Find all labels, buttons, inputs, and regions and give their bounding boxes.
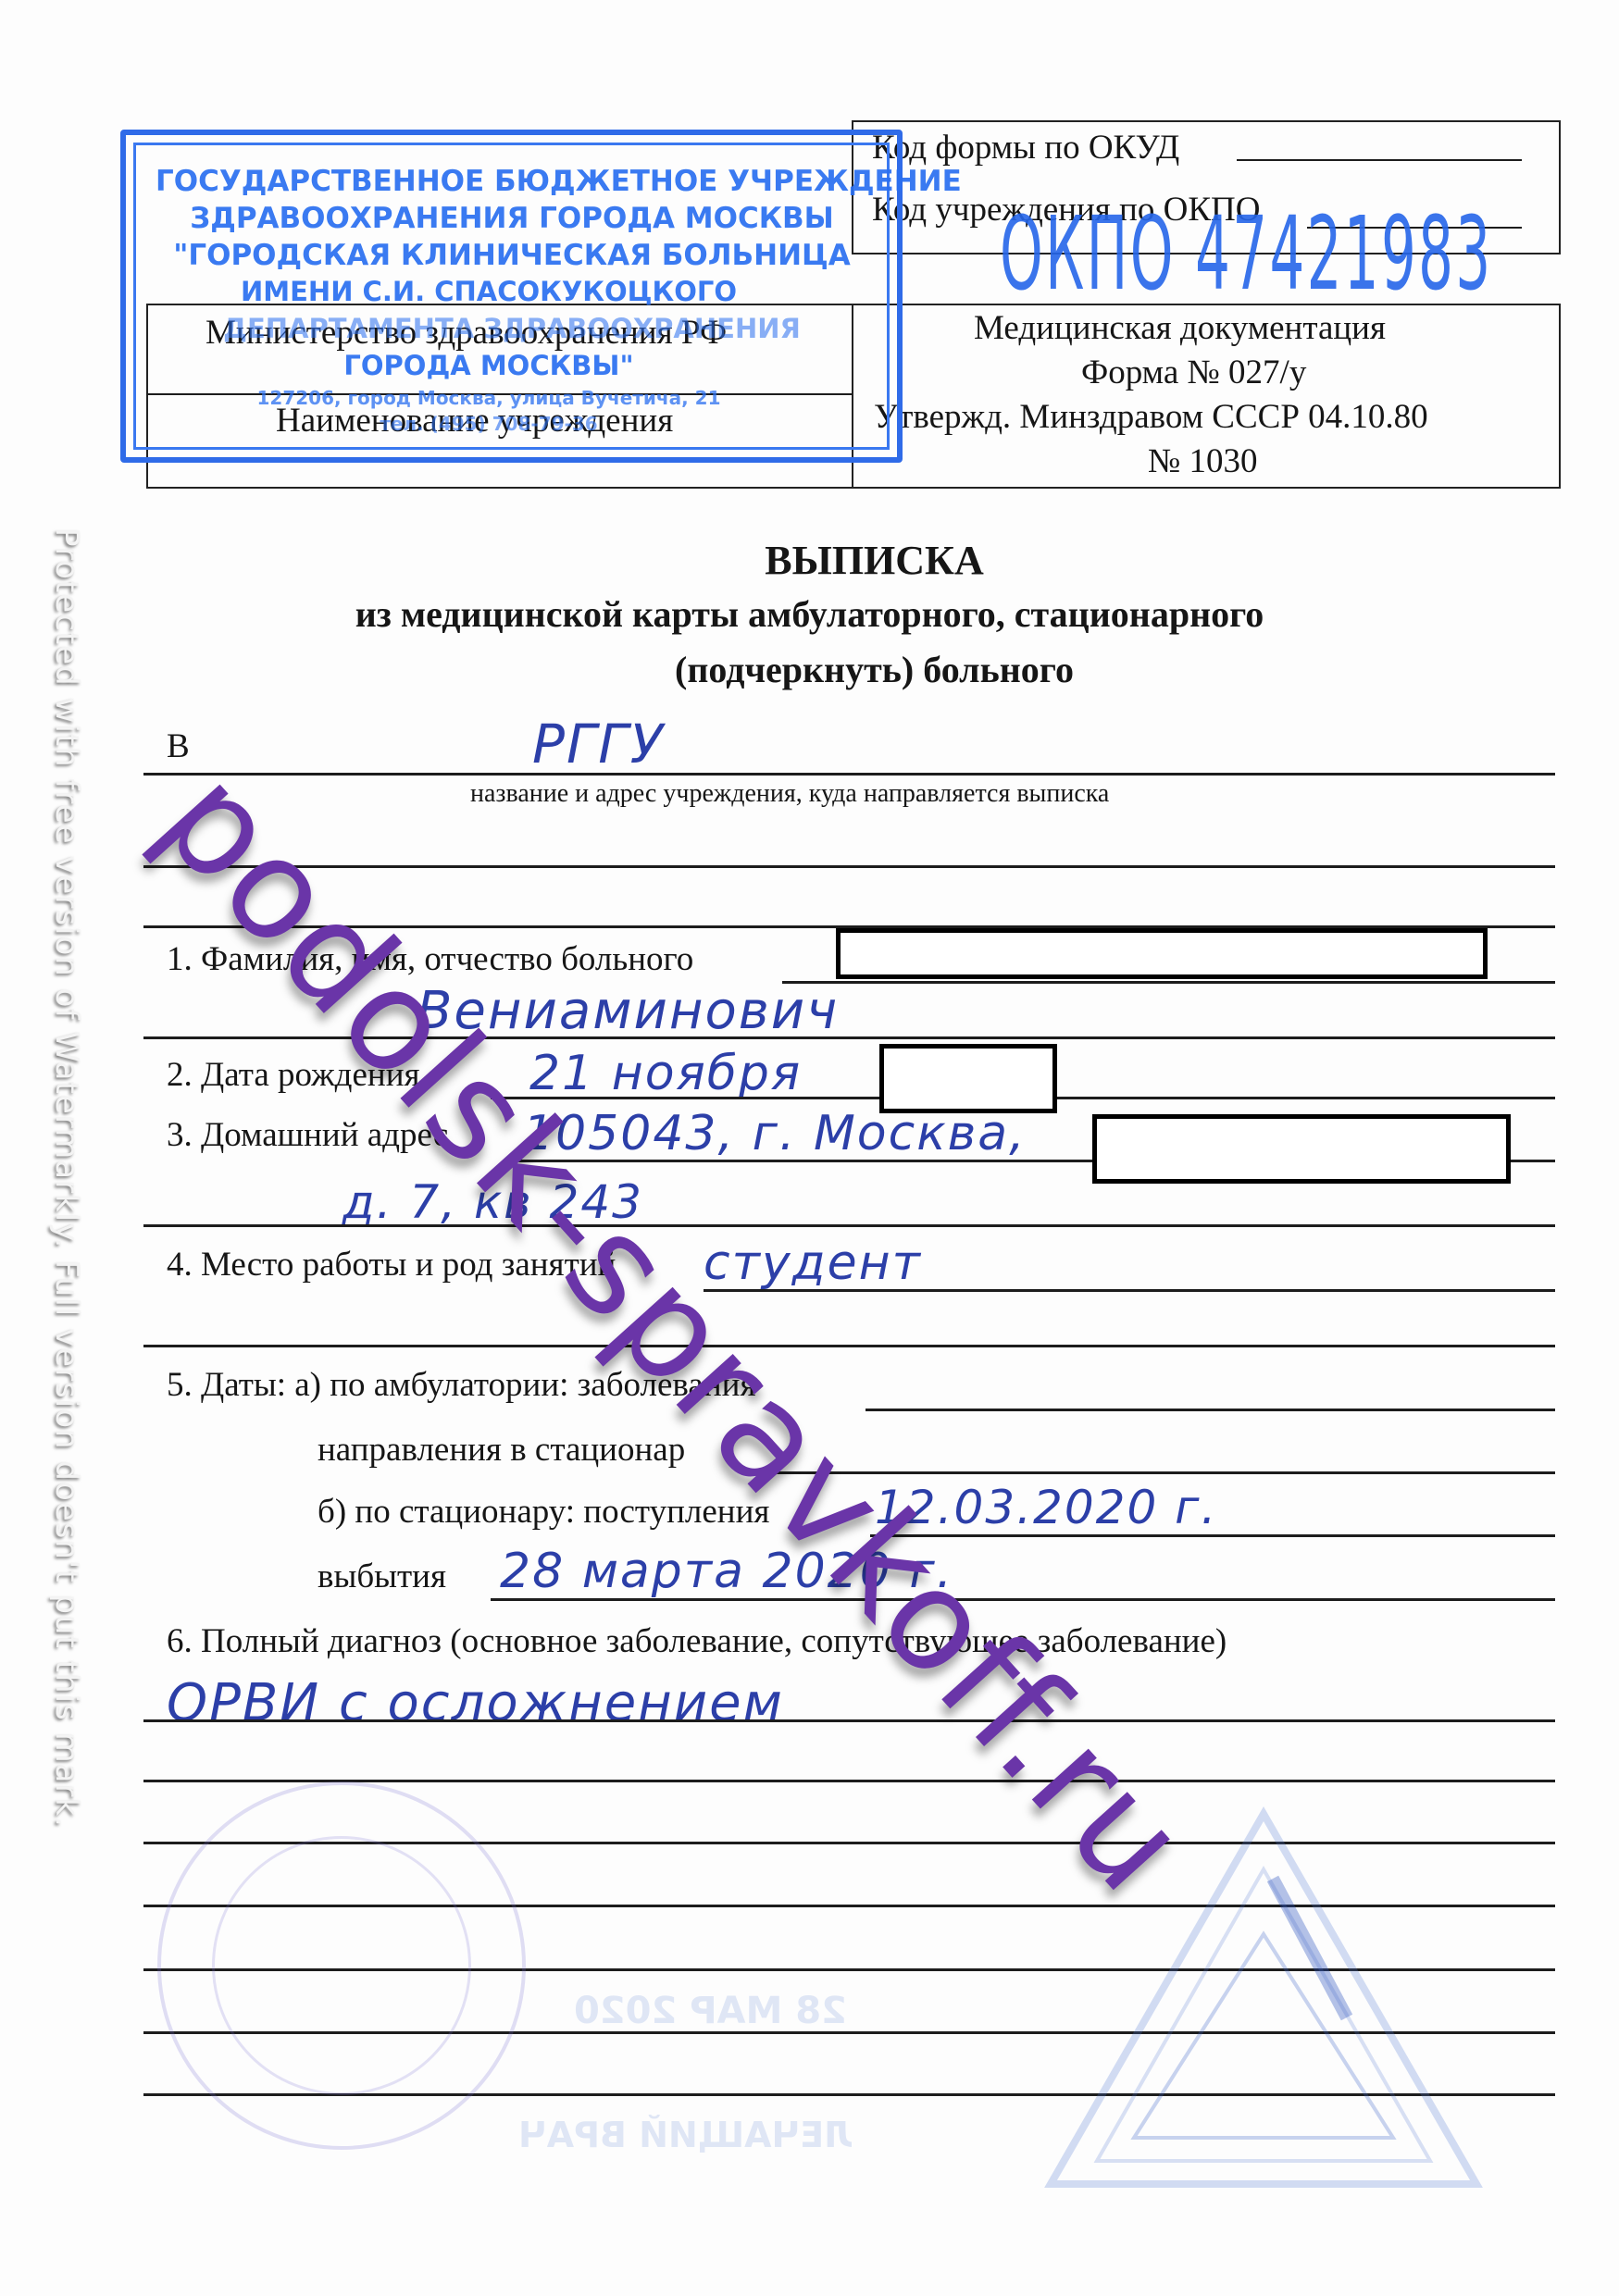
discharge-label: выбытия <box>318 1557 446 1596</box>
work-field-2[interactable] <box>143 1345 1555 1347</box>
document-subtitle-2: (подчеркнуть) больного <box>65 648 1619 691</box>
diagnosis-field[interactable] <box>143 1719 1555 1722</box>
diagnosis-value[interactable]: ОРВИ с осложнением <box>167 1673 784 1733</box>
order-number: № 1030 <box>1148 441 1258 481</box>
doc-type: Медицинская документация <box>974 308 1386 348</box>
admission-date-field[interactable] <box>870 1534 1555 1537</box>
referral-label: направления в стационар <box>318 1430 685 1470</box>
stamp-line: ИМЕНИ С.И. СПАСОКУКОЦКОГО <box>156 276 822 307</box>
form-number: Форма № 027/у <box>1081 353 1306 392</box>
stamp-line: ГОСУДАРСТВЕННОЕ БЮДЖЕТНОЕ УЧРЕЖДЕНИЕ <box>156 165 868 198</box>
name-field[interactable] <box>782 981 1555 984</box>
admission-label: б) по стационару: поступления <box>318 1492 769 1532</box>
back-doctor-stamp: ЛЕЧАЩИЙ ВРАЧ <box>518 2115 853 2155</box>
back-date-stamp: 28 МАР 2020 <box>574 1990 847 2032</box>
stamp-line: ЗДРАВООХРАНЕНИЯ ГОРОДА МОСКВЫ <box>156 202 868 235</box>
recipient-label: В <box>167 726 190 766</box>
illness-date-field[interactable] <box>866 1409 1555 1411</box>
recipient-caption: название и адрес учреждения, куда направ… <box>470 779 1109 809</box>
recipient-field[interactable] <box>143 773 1555 776</box>
document-title: ВЫПИСКА <box>65 537 1619 584</box>
document-subtitle: из медицинской карты амбулаторного, стац… <box>0 592 1619 636</box>
redaction-box <box>836 928 1488 979</box>
recipient-value[interactable]: РГГУ <box>532 713 665 776</box>
redaction-box <box>1092 1114 1511 1184</box>
dob-value[interactable]: 21 ноября <box>529 1046 802 1101</box>
stamp-line: тел. (495) 708-79-36 <box>156 413 822 435</box>
okud-label: Код формы по ОКУД <box>872 128 1179 168</box>
approved-by: Утвержд. Минздравом СССР 04.10.80 <box>874 397 1428 437</box>
stamp-line: ГОРОДА МОСКВЫ" <box>156 350 822 381</box>
address-field-2[interactable] <box>143 1224 1555 1227</box>
okpo-stamp: ОКПО 47421983 <box>1000 194 1492 313</box>
round-seal-stamp <box>157 1781 526 2150</box>
diagonal-watermark: podolsk-spravkoff.ru <box>131 740 1218 1923</box>
side-watermark: Protected with free version of Watermark… <box>48 527 85 1828</box>
okud-field[interactable] <box>1237 159 1522 161</box>
stamp-line: 127206, город Москва, улица Вучетича, 21 <box>156 387 822 409</box>
stamp-line: "ГОРОДСКАЯ КЛИНИЧЕСКАЯ БОЛЬНИЦА <box>156 239 868 272</box>
redaction-box <box>879 1044 1057 1113</box>
stamp-line: ДЕПАРТАМЕНТА ЗДРАВООХРАНЕНИЯ <box>156 313 868 344</box>
work-field[interactable] <box>704 1289 1555 1292</box>
